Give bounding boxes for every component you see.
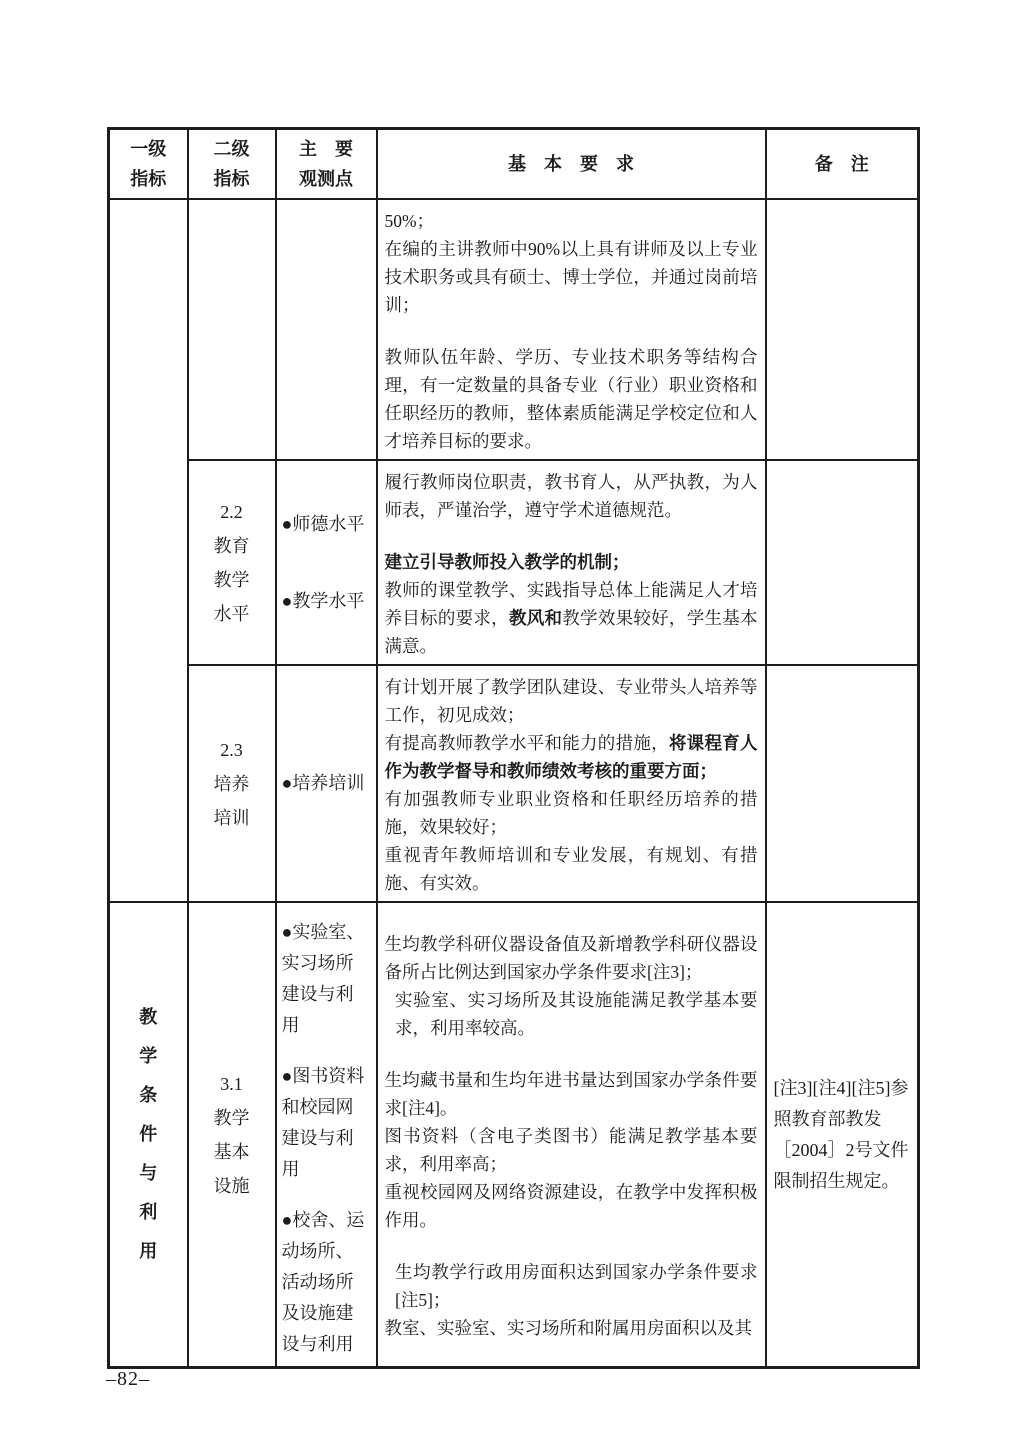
paragraph: 实验室、实习场所及其设施能满足教学基本要求，利用率较高。 bbox=[385, 986, 758, 1042]
text-line: 2.3 bbox=[191, 733, 273, 767]
paragraph: 图书资料（含电子类图书）能满足教学基本要求，利用率高； bbox=[385, 1122, 758, 1178]
text-line: 观测点 bbox=[279, 164, 374, 194]
cell-level1-empty bbox=[109, 199, 188, 902]
text-line: 教育 bbox=[191, 529, 273, 563]
paragraph: 有计划开展了教学团队建设、专业带头人培养等工作，初见成效； bbox=[385, 673, 758, 729]
cell-points-2-3: ●培养培训 bbox=[276, 665, 377, 902]
text-line: 3.1 bbox=[191, 1067, 273, 1101]
text-line: 利 bbox=[110, 1193, 187, 1232]
header-observation-points: 主 要观测点 bbox=[276, 129, 377, 200]
paragraph: 重视青年教师培训和专业发展，有规划、有措施、有实效。 bbox=[385, 841, 758, 897]
cell-remark-empty bbox=[766, 460, 919, 665]
cell-requirements-3-1: 生均教学科研仪器设备值及新增教学科研仪器设备所占比例达到国家办学条件要求[注3]… bbox=[377, 902, 766, 1368]
paragraph: 50%； bbox=[385, 207, 758, 235]
paragraph: 在编的主讲教师中90%以上具有讲师及以上专业技术职务或具有硕士、博士学位，并通过… bbox=[385, 235, 758, 319]
header-level1-indicator: 一级指标 bbox=[109, 129, 188, 200]
cell-level1-teaching-conditions: 教学条件与利用 bbox=[109, 902, 188, 1368]
table-row-2-2: 2.2教育教学水平 ●师德水平●教学水平 履行教师岗位职责，教书育人，从严执教，… bbox=[109, 460, 919, 665]
table-row-2-3: 2.3培养培训 ●培养培训 有计划开展了教学团队建设、专业带头人培养等工作，初见… bbox=[109, 665, 919, 902]
text-run: 有计划开展了教学团队建设、专业带头人培养等工作，初见成效； bbox=[385, 677, 758, 725]
text-line: 学 bbox=[110, 1037, 187, 1076]
text-line: 设施 bbox=[191, 1169, 273, 1203]
paragraph: 有提高教师教学水平和能力的措施，将课程育人作为教学督导和教师绩效考核的重要方面； bbox=[385, 729, 758, 785]
bold-text-run: 建立引导教师投入教学的机制； bbox=[385, 552, 630, 572]
paragraph: 教师队伍年龄、学历、专业技术职务等结构合理，有一定数量的具备专业（行业）职业资格… bbox=[385, 343, 758, 455]
paragraph: 生均藏书量和生均年进书量达到国家办学条件要求[注4]。 bbox=[385, 1066, 758, 1122]
evaluation-table: 一级指标 二级指标 主 要观测点 基 本 要 求 备 注 50%；在编的主讲教师… bbox=[107, 127, 920, 1369]
observation-point: ●校舍、运动场所、活动场所及设施建设与利用 bbox=[282, 1205, 371, 1360]
paragraph: 履行教师岗位职责，教书育人，从严执教，为人师表，严谨治学，遵守学术道德规范。 bbox=[385, 468, 758, 524]
cell-level2-empty bbox=[188, 199, 276, 460]
text-run: 50%； bbox=[385, 211, 435, 231]
paragraph: 重视校园网及网络资源建设，在教学中发挥积极作用。 bbox=[385, 1178, 758, 1234]
paragraph: 生均教学行政用房面积达到国家办学条件要求[注5]； bbox=[385, 1258, 758, 1314]
text-run: 有提高教师教学水平和能力的措施， bbox=[385, 733, 669, 753]
observation-point: ●图书资料和校园网建设与利用 bbox=[282, 1061, 371, 1185]
text-line: 培养 bbox=[191, 767, 273, 801]
text-run: 生均藏书量和生均年进书量达到国家办学条件要求[注4]。 bbox=[385, 1070, 758, 1118]
text-run: 履行教师岗位职责，教书育人，从严执教，为人师表，严谨治学，遵守学术道德规范。 bbox=[385, 472, 758, 520]
text-line: 2.2 bbox=[191, 495, 273, 529]
page-number: –82– bbox=[106, 1368, 150, 1391]
table-row-2-1-continued: 50%；在编的主讲教师中90%以上具有讲师及以上专业技术职务或具有硕士、博士学位… bbox=[109, 199, 919, 460]
observation-point: ●师德水平 bbox=[282, 509, 371, 540]
observation-point: ●实验室、实习场所建设与利用 bbox=[282, 917, 371, 1041]
blank-line bbox=[385, 319, 758, 343]
text-line: 教学 bbox=[191, 563, 273, 597]
text-line: 指标 bbox=[191, 164, 273, 194]
bold-text-run: 教风和 bbox=[509, 608, 562, 628]
cell-level2-2-2: 2.2教育教学水平 bbox=[188, 460, 276, 665]
cell-points-empty bbox=[276, 199, 377, 460]
text-line: 主 要 bbox=[279, 134, 374, 164]
text-run: 实验室、实习场所及其设施能满足教学基本要求，利用率较高。 bbox=[395, 990, 758, 1038]
text-run: 生均教学科研仪器设备值及新增教学科研仪器设备所占比例达到国家办学条件要求[注3]… bbox=[385, 934, 758, 982]
cell-remark-empty bbox=[766, 199, 919, 460]
paragraph: 教师的课堂教学、实践指导总体上能满足人才培养目标的要求，教风和教学效果较好，学生… bbox=[385, 576, 758, 660]
text-run: 教室、实验室、实习场所和附属用房面积以及其 bbox=[385, 1318, 753, 1338]
header-remarks: 备 注 bbox=[766, 129, 919, 200]
text-line: 与 bbox=[110, 1154, 187, 1193]
text-run: 生均教学行政用房面积达到国家办学条件要求[注5]； bbox=[395, 1262, 758, 1310]
paragraph: 有加强教师专业职业资格和任职经历培养的措施，效果较好； bbox=[385, 785, 758, 841]
text-run: 重视青年教师培训和专业发展，有规划、有措施、有实效。 bbox=[385, 845, 758, 893]
cell-points-2-2: ●师德水平●教学水平 bbox=[276, 460, 377, 665]
text-run: 重视校园网及网络资源建设，在教学中发挥积极作用。 bbox=[385, 1182, 758, 1230]
cell-points-3-1: ●实验室、实习场所建设与利用●图书资料和校园网建设与利用●校舍、运动场所、活动场… bbox=[276, 902, 377, 1368]
paragraph: 建立引导教师投入教学的机制； bbox=[385, 548, 758, 576]
cell-level2-3-1: 3.1教学基本设施 bbox=[188, 902, 276, 1368]
text-line: 教 bbox=[110, 998, 187, 1037]
text-line: 件 bbox=[110, 1115, 187, 1154]
paragraph: 生均教学科研仪器设备值及新增教学科研仪器设备所占比例达到国家办学条件要求[注3]… bbox=[385, 930, 758, 986]
table-header-row: 一级指标 二级指标 主 要观测点 基 本 要 求 备 注 bbox=[109, 129, 919, 200]
blank-line bbox=[385, 1042, 758, 1066]
text-line: 培训 bbox=[191, 801, 273, 835]
blank-line bbox=[385, 524, 758, 548]
text-line: 指标 bbox=[112, 164, 185, 194]
text-line: 用 bbox=[110, 1232, 187, 1271]
text-line: 水平 bbox=[191, 597, 273, 631]
paragraph: 教室、实验室、实习场所和附属用房面积以及其 bbox=[385, 1314, 758, 1342]
cell-requirements-2-1: 50%；在编的主讲教师中90%以上具有讲师及以上专业技术职务或具有硕士、博士学位… bbox=[377, 199, 766, 460]
text-run: 图书资料（含电子类图书）能满足教学基本要求，利用率高； bbox=[385, 1126, 758, 1174]
cell-requirements-2-2: 履行教师岗位职责，教书育人，从严执教，为人师表，严谨治学，遵守学术道德规范。建立… bbox=[377, 460, 766, 665]
cell-level2-2-3: 2.3培养培训 bbox=[188, 665, 276, 902]
blank-line bbox=[385, 1234, 758, 1258]
header-level2-indicator: 二级指标 bbox=[188, 129, 276, 200]
cell-remark-empty bbox=[766, 665, 919, 902]
table-row-3-1: 教学条件与利用 3.1教学基本设施 ●实验室、实习场所建设与利用●图书资料和校园… bbox=[109, 902, 919, 1368]
text-line: 基本 bbox=[191, 1135, 273, 1169]
text-line: 二级 bbox=[191, 134, 273, 164]
text-run: 在编的主讲教师中90%以上具有讲师及以上专业技术职务或具有硕士、博士学位，并通过… bbox=[385, 239, 758, 315]
text-line: 条 bbox=[110, 1076, 187, 1115]
header-basic-requirements: 基 本 要 求 bbox=[377, 129, 766, 200]
text-run: 教师队伍年龄、学历、专业技术职务等结构合理，有一定数量的具备专业（行业）职业资格… bbox=[385, 347, 758, 451]
text-line: 教学 bbox=[191, 1101, 273, 1135]
text-line: 一级 bbox=[112, 134, 185, 164]
observation-point: ●教学水平 bbox=[282, 586, 371, 617]
observation-point: ●培养培训 bbox=[282, 768, 371, 799]
document-page: 一级指标 二级指标 主 要观测点 基 本 要 求 备 注 50%；在编的主讲教师… bbox=[0, 0, 1024, 1448]
cell-remark-3-1: [注3][注4][注5]参照教育部教发［2004］2号文件限制招生规定。 bbox=[766, 902, 919, 1368]
cell-requirements-2-3: 有计划开展了教学团队建设、专业带头人培养等工作，初见成效；有提高教师教学水平和能… bbox=[377, 665, 766, 902]
text-run: 有加强教师专业职业资格和任职经历培养的措施，效果较好； bbox=[385, 789, 758, 837]
